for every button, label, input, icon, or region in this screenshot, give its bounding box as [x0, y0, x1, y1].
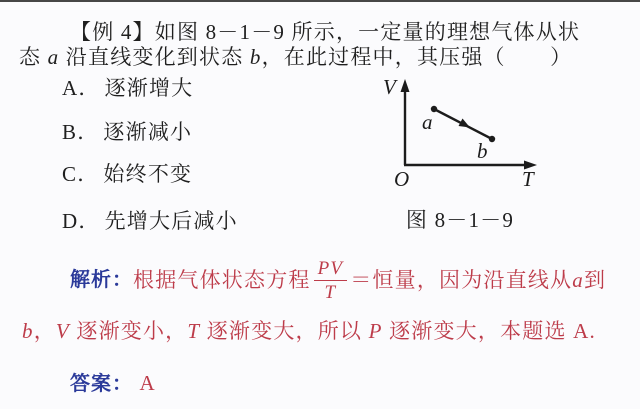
answer-label: 答案：: [70, 373, 133, 395]
analysis-heading: 解析：: [70, 269, 133, 292]
problem-text: 【例 4】如图 8－1－9 所示，一定量的理想气体从状: [70, 20, 580, 44]
option-b-text: 逐渐减小: [103, 120, 192, 144]
vt-diagram: V T O a b: [375, 72, 545, 200]
var-p: P: [369, 319, 383, 343]
option-c-label: C．: [62, 162, 99, 186]
v-axis-arrow-icon: [401, 79, 410, 92]
answer-value: A: [139, 371, 155, 395]
var-b: b: [22, 319, 34, 343]
direction-arrow-icon: [459, 119, 471, 128]
worksheet-page: 【例 4】如图 8－1－9 所示，一定量的理想气体从状 态 a 沿直线变化到状态…: [0, 0, 640, 409]
option-d-text: 先增大后减小: [105, 209, 238, 233]
t-axis-label: T: [522, 167, 535, 191]
var-t: T: [187, 319, 200, 343]
problem-line-1: 【例 4】如图 8－1－9 所示，一定量的理想气体从状: [70, 21, 580, 44]
analysis-line-2: b，V 逐渐变小，T 逐渐变大，所以 P 逐渐变大，本题选 A.: [22, 320, 596, 343]
option-a: A．逐渐增大: [62, 77, 193, 100]
figure-caption: 图 8－1－9: [375, 209, 545, 232]
v-axis-label: V: [383, 75, 398, 99]
pv-over-t-fraction: PV T: [314, 259, 348, 302]
analysis-line-1: 解析： 根据气体状态方程 PV T ＝恒量，因为沿直线从 a 到: [70, 256, 606, 304]
var-v: V: [56, 319, 70, 343]
answer-line: 答案： A: [70, 372, 156, 396]
problem-text: 态: [19, 45, 48, 69]
analysis-text: 逐渐变小，: [70, 319, 187, 343]
analysis-text: ，: [34, 319, 56, 343]
point-b-dot: [489, 136, 495, 142]
analysis-text: 根据气体状态方程: [133, 269, 311, 292]
fraction-numerator: PV: [314, 259, 348, 281]
problem-text: ，在此过程中，其压强（ ）: [262, 45, 573, 69]
fraction-denominator: T: [325, 281, 337, 302]
point-a-label: a: [422, 110, 433, 134]
option-a-label: A．: [62, 76, 101, 100]
option-a-text: 逐渐增大: [105, 76, 194, 100]
origin-label: O: [394, 167, 409, 191]
option-b: B．逐渐减小: [62, 121, 192, 144]
option-c-text: 始终不变: [103, 162, 192, 186]
analysis-text: 到: [584, 269, 606, 292]
var-b: b: [250, 45, 262, 69]
var-a: a: [48, 45, 60, 69]
analysis-text: 逐渐变大，所以: [200, 319, 368, 343]
option-c: C．始终不变: [62, 163, 192, 186]
var-a: a: [572, 269, 584, 292]
problem-line-2: 态 a 沿直线变化到状态 b，在此过程中，其压强（ ）: [19, 46, 572, 69]
analysis-answer-letter: A.: [573, 319, 596, 343]
analysis-text: 逐渐变大，本题选: [383, 319, 574, 343]
analysis-text: ＝恒量，因为沿直线从: [350, 269, 572, 292]
point-b-label: b: [477, 139, 488, 163]
option-d-label: D．: [62, 209, 101, 233]
option-b-label: B．: [62, 120, 99, 144]
problem-text: 沿直线变化到状态: [59, 45, 250, 69]
figure-caption-text: 图 8－1－9: [406, 208, 514, 232]
option-d: D．先增大后减小: [62, 210, 238, 233]
